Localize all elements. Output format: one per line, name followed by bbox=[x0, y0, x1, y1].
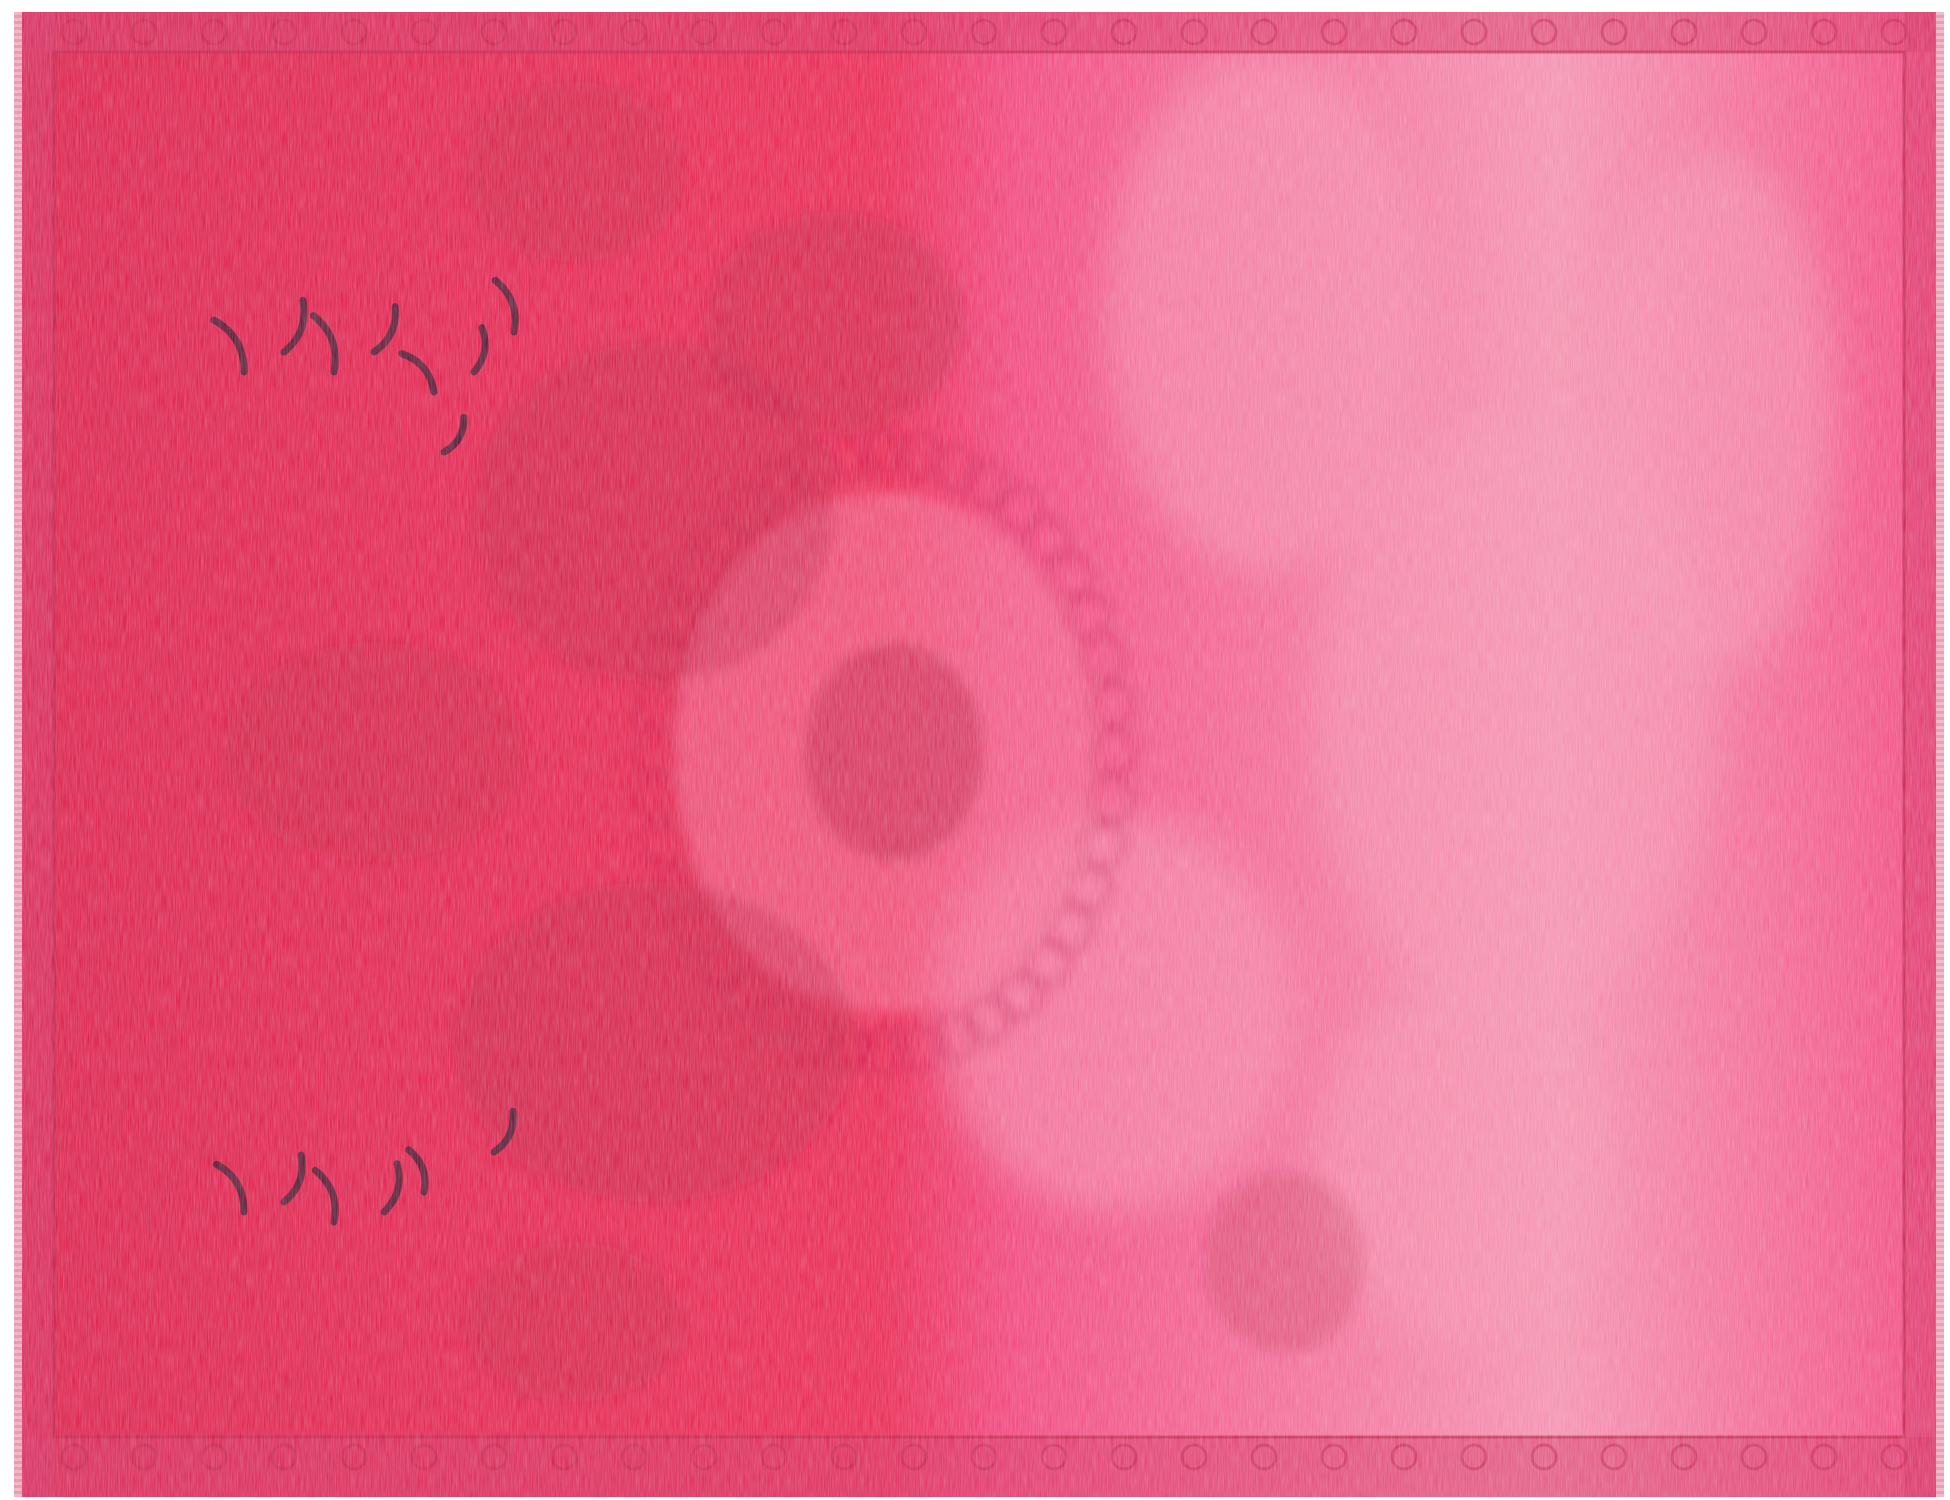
rug-artwork bbox=[14, 12, 1944, 1497]
right-edge bbox=[1936, 12, 1944, 1497]
left-edge bbox=[14, 12, 22, 1497]
rug-photo bbox=[14, 12, 1944, 1497]
weave-texture bbox=[14, 12, 1944, 1497]
